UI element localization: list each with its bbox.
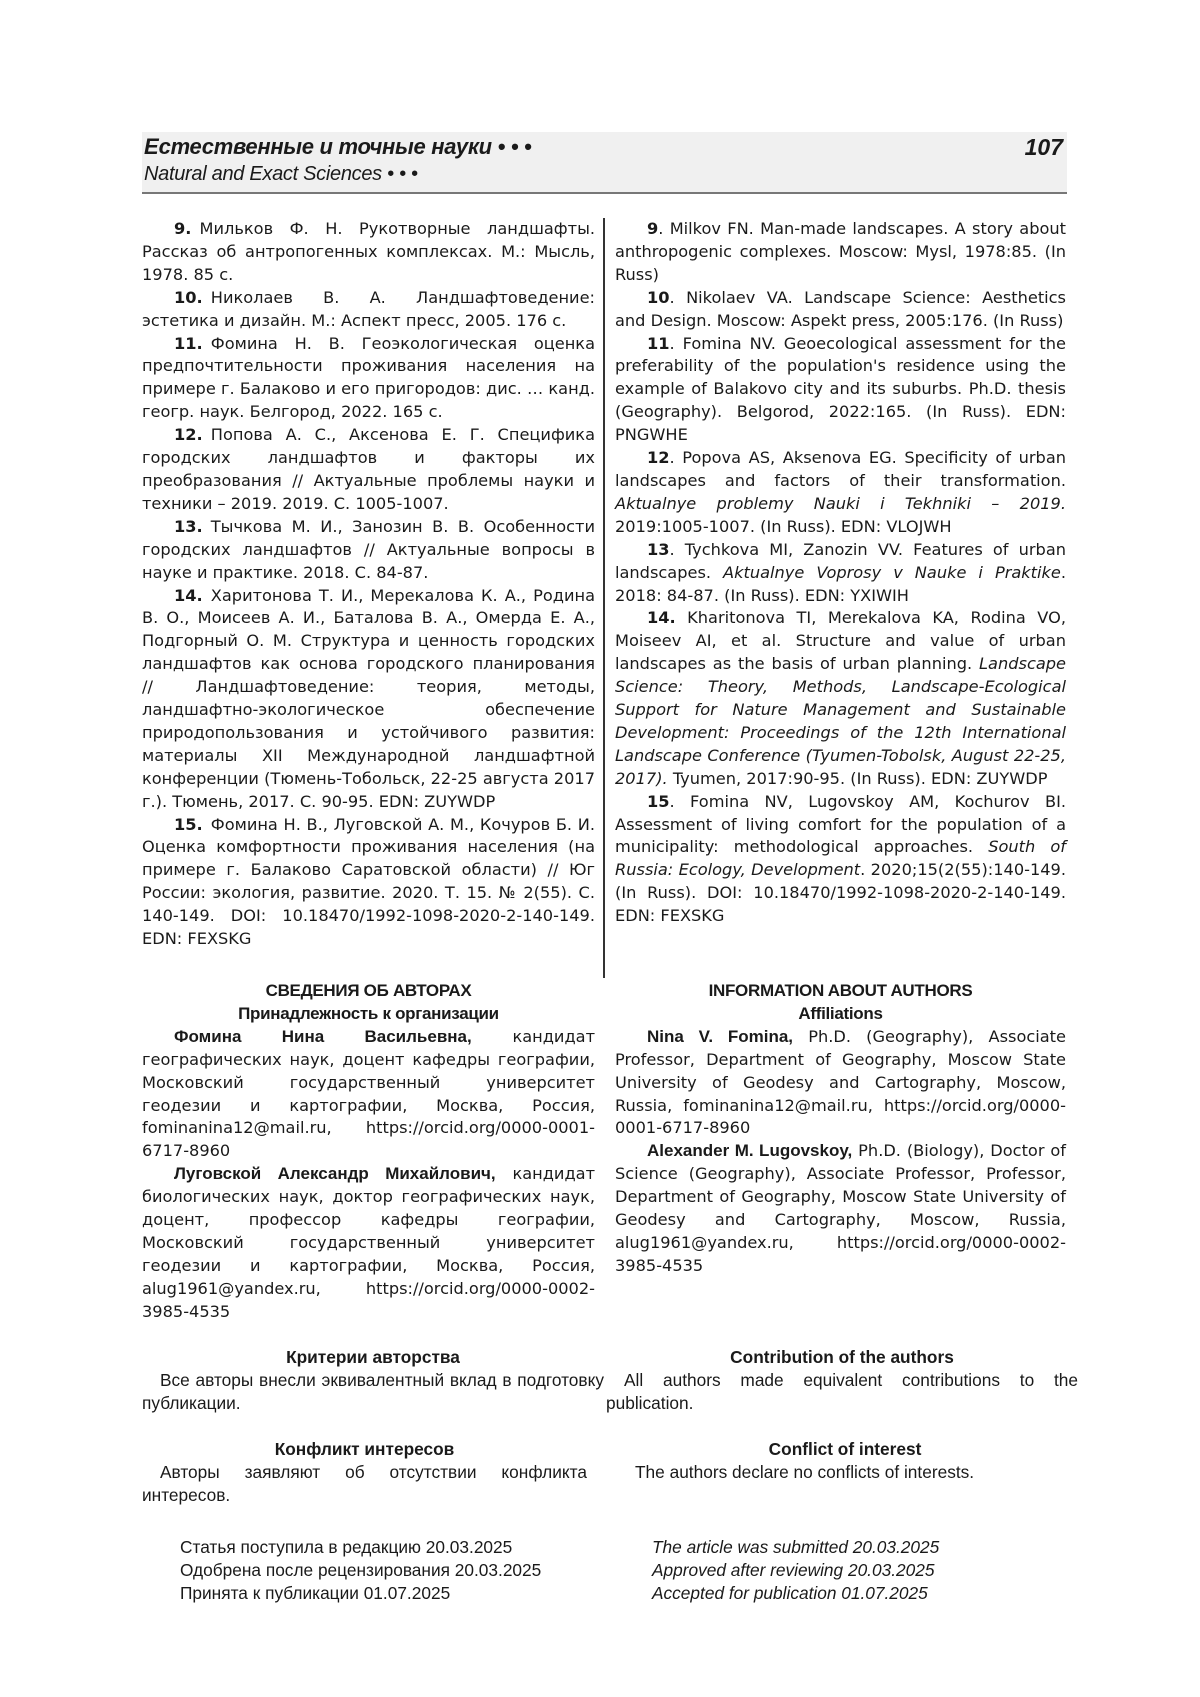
author-details: кандидат биологических наук, доктор геог… [142, 1164, 595, 1320]
reference-number: 14. [647, 608, 676, 627]
date-approved-en: Approved after reviewing 20.03.2025 [634, 1559, 1054, 1582]
reference-number: 15 [647, 792, 670, 811]
contribution-title-en: Contribution of the authors [606, 1346, 1078, 1369]
reference-number: 13 [647, 540, 670, 559]
reference-item: 10. Nikolaev VA. Landscape Science: Aest… [615, 287, 1066, 333]
conflict-title-en: Conflict of interest [615, 1438, 1075, 1461]
author-entry: Alexander M. Lugovskoy, Ph.D. (Biology),… [615, 1140, 1066, 1277]
contribution-text-en: All authors made equivalent contribution… [606, 1369, 1078, 1415]
references-en: 9. Milkov FN. Man-made landscapes. A sto… [615, 218, 1066, 928]
running-header: Естественные и точные науки • • • Natura… [142, 132, 1067, 194]
author-details: кандидат географических наук, доцент каф… [142, 1027, 595, 1161]
reference-text: Попова А. С., Аксенова Е. Г. Специфика г… [142, 425, 595, 513]
reference-text: Николаев В. А. Ландшафтоведение: эстетик… [142, 288, 595, 330]
author-name: Фомина Нина Васильевна, [174, 1027, 472, 1046]
conflict-ru: Конфликт интересов Авторы заявляют об от… [142, 1438, 587, 1507]
reference-number: 10 [647, 288, 670, 307]
reference-item: 13. Tychkova MI, Zanozin VV. Features of… [615, 539, 1066, 608]
author-name: Alexander M. Lugovskoy, [647, 1141, 852, 1160]
reference-item: 15. Фомина Н. В., Луговской А. М., Кочур… [142, 814, 595, 951]
affiliations-title-ru: Принадлежность к организации [142, 1003, 595, 1026]
reference-text: . Milkov FN. Man-made landscapes. A stor… [615, 219, 1066, 284]
reference-item: 15. Fomina NV, Lugovskoy AM, Kochurov BI… [615, 791, 1066, 928]
reference-source: Landscape Science: Theory, Methods, Land… [615, 654, 1066, 788]
reference-tail: Tyumen, 2017:90-95. (In Russ). EDN: ZUYW… [668, 769, 1048, 788]
reference-text: Тычкова М. И., Занозин В. В. Особенности… [142, 517, 595, 582]
author-details: Ph.D. (Biology), Doctor of Science (Geog… [615, 1141, 1066, 1275]
date-submitted-ru: Статья поступила в редакцию 20.03.2025 [162, 1536, 582, 1559]
reference-tail: 2019:1005-1007. (In Russ). EDN: VLOJWH [615, 517, 952, 536]
conflict-text-ru: Авторы заявляют об отсутствии конфликта … [142, 1461, 587, 1507]
author-entry: Фомина Нина Васильевна, кандидат географ… [142, 1026, 595, 1163]
reference-number: 10. [174, 288, 203, 307]
authors-info-ru: СВЕДЕНИЯ ОБ АВТОРАХ Принадлежность к орг… [142, 980, 595, 1324]
conflict-en: Conflict of interest The authors declare… [615, 1438, 1075, 1484]
date-accepted-en: Accepted for publication 01.07.2025 [634, 1582, 1054, 1605]
column-divider [603, 218, 605, 978]
section-title-ru: Естественные и точные науки • • • [144, 134, 531, 160]
reference-item: 14. Харитонова Т. И., Мерекалова К. А., … [142, 585, 595, 814]
page-number: 107 [1025, 134, 1063, 161]
contribution-title-ru: Критерии авторства [142, 1346, 604, 1369]
contribution-ru: Критерии авторства Все авторы внесли экв… [142, 1346, 604, 1415]
reference-number: 14. [174, 586, 203, 605]
author-name: Nina V. Fomina, [647, 1027, 793, 1046]
section-title-en: Natural and Exact Sciences • • • [144, 163, 418, 186]
reference-item: 13. Тычкова М. И., Занозин В. В. Особенн… [142, 516, 595, 585]
reference-item: 9. Milkov FN. Man-made landscapes. A sto… [615, 218, 1066, 287]
reference-text: Мильков Ф. Н. Рукотворные ландшафты. Рас… [142, 219, 595, 284]
reference-number: 11 [647, 334, 670, 353]
date-accepted-ru: Принята к публикации 01.07.2025 [162, 1582, 582, 1605]
reference-item: 9. Мильков Ф. Н. Рукотворные ландшафты. … [142, 218, 595, 287]
date-approved-ru: Одобрена после рецензирования 20.03.2025 [162, 1559, 582, 1582]
reference-number: 9. [174, 219, 191, 238]
author-name: Луговской Александр Михайлович, [174, 1164, 496, 1183]
reference-text: Харитонова Т. И., Мерекалова К. А., Роди… [142, 586, 595, 811]
reference-item: 12. Popova AS, Aksenova EG. Specificity … [615, 447, 1066, 539]
contribution-text-ru: Все авторы внесли эквивалентный вклад в … [142, 1369, 604, 1415]
contribution-en: Contribution of the authors All authors … [606, 1346, 1078, 1415]
reference-source: Aktualnye Voprosy v Nauke i Praktike [723, 563, 1061, 582]
reference-text: . Fomina NV. Geoecological assessment fo… [615, 334, 1066, 445]
reference-item: 11. Fomina NV. Geoecological assessment … [615, 333, 1066, 448]
dates-en: The article was submitted 20.03.2025 App… [634, 1536, 1054, 1605]
authors-title-en: INFORMATION ABOUT AUTHORS [615, 980, 1066, 1003]
authors-list-en: Nina V. Fomina, Ph.D. (Geography), Assoc… [615, 1026, 1066, 1278]
reference-text: Фомина Н. В., Луговской А. М., Кочуров Б… [142, 815, 595, 949]
reference-text: Фомина Н. В. Геоэкологическая оценка пре… [142, 334, 595, 422]
reference-text: . Popova AS, Aksenova EG. Specificity of… [615, 448, 1066, 490]
reference-number: 12 [647, 448, 670, 467]
reference-number: 15. [174, 815, 203, 834]
conflict-title-ru: Конфликт интересов [142, 1438, 587, 1461]
dates-ru: Статья поступила в редакцию 20.03.2025 О… [162, 1536, 582, 1605]
date-submitted-en: The article was submitted 20.03.2025 [634, 1536, 1054, 1559]
reference-item: 10. Николаев В. А. Ландшафтоведение: эст… [142, 287, 595, 333]
reference-number: 13. [174, 517, 203, 536]
authors-info-en: INFORMATION ABOUT AUTHORS Affiliations N… [615, 980, 1066, 1278]
reference-item: 12. Попова А. С., Аксенова Е. Г. Специфи… [142, 424, 595, 516]
reference-number: 11. [174, 334, 203, 353]
author-entry: Nina V. Fomina, Ph.D. (Geography), Assoc… [615, 1026, 1066, 1141]
references-ru: 9. Мильков Ф. Н. Рукотворные ландшафты. … [142, 218, 595, 951]
reference-source: Aktualnye problemy Nauki i Tekhniki – 20… [615, 494, 1066, 513]
reference-item: 11. Фомина Н. В. Геоэкологическая оценка… [142, 333, 595, 425]
authors-title-ru: СВЕДЕНИЯ ОБ АВТОРАХ [142, 980, 595, 1003]
reference-item: 14. Kharitonova TI, Merekalova KA, Rodin… [615, 607, 1066, 790]
affiliations-title-en: Affiliations [615, 1003, 1066, 1026]
reference-text: . Nikolaev VA. Landscape Science: Aesthe… [615, 288, 1066, 330]
reference-number: 9 [647, 219, 658, 238]
author-entry: Луговской Александр Михайлович, кандидат… [142, 1163, 595, 1323]
authors-list-ru: Фомина Нина Васильевна, кандидат географ… [142, 1026, 595, 1324]
conflict-text-en: The authors declare no conflicts of inte… [615, 1461, 1075, 1484]
reference-number: 12. [174, 425, 203, 444]
